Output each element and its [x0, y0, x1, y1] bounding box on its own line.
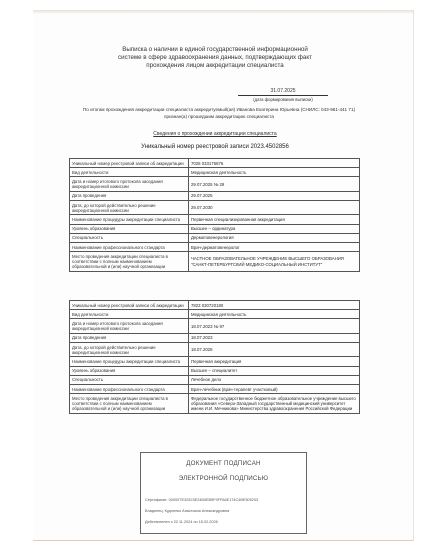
table-row: Дата, до которой действительно решение а… [70, 201, 360, 215]
row-value: Лечебное дело [189, 375, 360, 384]
table-row: Наименование профессионального стандарта… [70, 243, 360, 252]
row-key: Вид деятельности [70, 168, 189, 177]
table-row: Дата, до которой действительно решение а… [70, 343, 360, 357]
accreditation-table-1: Уникальный номер реестровой записи об ак… [69, 158, 360, 272]
intro-line-2: признан(а) прошедшим аккредитацию специа… [60, 114, 378, 121]
stamp-heading-1: ДОКУМЕНТ ПОДПИСАН [141, 460, 306, 467]
formation-date-block: 31.07.2025 (дата формирования выписки) [238, 88, 328, 102]
row-value: 29.07.2030 [189, 201, 360, 215]
row-value: 7823 030720180 [189, 301, 360, 310]
intro-text: По итогам прохождения аккредитации специ… [60, 107, 378, 120]
row-key: Дата и номер итогового протокола заседан… [70, 177, 189, 191]
table-row: Уникальный номер реестровой записи об ак… [70, 159, 360, 168]
table-row: СпециальностьЛечебное дело [70, 375, 360, 384]
row-key: Уровень образования [70, 366, 189, 375]
row-key: Место проведения аккредитации специалист… [70, 394, 189, 414]
row-value: Высшее – ординатура [189, 224, 360, 233]
table-row: Дата проведения29.07.2025 [70, 191, 360, 200]
table-row: Наименование профессионального стандарта… [70, 385, 360, 394]
row-value: 29.07.2025 № 29 [189, 177, 360, 191]
row-key: Специальность [70, 375, 189, 384]
title-line-1: Выписка о наличии в единой государственн… [0, 46, 430, 54]
unique-record-number: Уникальный номер реестровой записи 2023.… [0, 144, 430, 150]
table-row: Уникальный номер реестровой записи об ак… [70, 301, 360, 310]
row-value: 29.07.2025 [189, 191, 360, 200]
row-value: Медицинская деятельность [189, 310, 360, 319]
row-key: Место проведения аккредитации специалист… [70, 252, 189, 272]
row-key: Наименование процедуры аккредитации спец… [70, 357, 189, 366]
title-line-3: прохождения лицом аккредитации специалис… [0, 62, 430, 70]
table-row: Вид деятельностиМедицинская деятельность [70, 310, 360, 319]
table-row: Уровень образованияВысшее – ординатура [70, 224, 360, 233]
intro-line-1: По итогам прохождения аккредитации специ… [60, 107, 378, 114]
row-key: Дата и номер итогового протокола заседан… [70, 319, 189, 333]
row-key: Наименование профессионального стандарта [70, 243, 189, 252]
row-key: Дата, до которой действительно решение а… [70, 343, 189, 357]
row-key: Дата, до которой действительно решение а… [70, 201, 189, 215]
table-row: Дата и номер итогового протокола заседан… [70, 319, 360, 333]
table-row: Место проведения аккредитации специалист… [70, 252, 360, 272]
document-title: Выписка о наличии в единой государственн… [0, 46, 430, 70]
row-value: Дерматовенерология [189, 233, 360, 242]
section-title: Сведения о прохождении аккредитации спец… [0, 131, 430, 137]
certificate-owner: Владелец: Кудленко Анастасия Александров… [145, 509, 229, 513]
table-row: Дата и номер итогового протокола заседан… [70, 177, 360, 191]
certificate-validity: Действителен с 22.11.2024 по 15.02.2026 [145, 520, 218, 524]
table-row: Наименование процедуры аккредитации спец… [70, 357, 360, 366]
table-row: Дата проведения18.07.2023 [70, 333, 360, 342]
row-value: Федеральное государственное бюджетное об… [189, 394, 360, 414]
stamp-heading-2: ЭЛЕКТРОННОЙ ПОДПИСЬЮ [141, 475, 306, 482]
accreditation-table-2: Уникальный номер реестровой записи об ак… [69, 300, 360, 414]
row-key: Вид деятельности [70, 310, 189, 319]
row-value: Врач-лечебник (врач-терапевт участковый) [189, 385, 360, 394]
row-value: 7025 033175876 [189, 159, 360, 168]
title-line-2: системе в сфере здравоохранения данных, … [0, 54, 430, 62]
row-key: Уникальный номер реестровой записи об ак… [70, 301, 189, 310]
row-key: Наименование профессионального стандарта [70, 385, 189, 394]
section-title-text: Сведения о прохождении аккредитации спец… [153, 131, 276, 137]
row-value: Первичная специализированная аккредитаци… [189, 215, 360, 224]
electronic-signature-stamp: ДОКУМЕНТ ПОДПИСАН ЭЛЕКТРОННОЙ ПОДПИСЬЮ С… [140, 452, 307, 534]
row-key: Дата проведения [70, 191, 189, 200]
row-key: Уникальный номер реестровой записи об ак… [70, 159, 189, 168]
formation-date-caption: (дата формирования выписки) [238, 97, 328, 102]
row-value: Высшее – специалитет [189, 366, 360, 375]
scan-edge [33, 10, 413, 14]
row-value: 18.07.2023 [189, 333, 360, 342]
row-value: Медицинская деятельность [189, 168, 360, 177]
row-key: Наименование процедуры аккредитации спец… [70, 215, 189, 224]
row-value: Врач-дерматовенеролог [189, 243, 360, 252]
row-key: Дата проведения [70, 333, 189, 342]
row-value: ЧАСТНОЕ ОБРАЗОВАТЕЛЬНОЕ УЧРЕЖДЕНИЕ ВЫСШЕ… [189, 252, 360, 272]
row-key: Уровень образования [70, 224, 189, 233]
formation-date: 31.07.2025 [238, 88, 328, 96]
table-row: Вид деятельностиМедицинская деятельность [70, 168, 360, 177]
row-value: 18.07.2028 [189, 343, 360, 357]
row-value: 18.07.2023 № 97 [189, 319, 360, 333]
table-row: Уровень образованияВысшее – специалитет [70, 366, 360, 375]
table-row: СпециальностьДерматовенерология [70, 233, 360, 242]
table-row: Наименование процедуры аккредитации спец… [70, 215, 360, 224]
row-value: Первичная аккредитация [189, 357, 360, 366]
table-row: Место проведения аккредитации специалист… [70, 394, 360, 414]
certificate-number: Сертификат: 00000TE32523E24B0EB5F9FFA6E1… [145, 498, 258, 502]
row-key: Специальность [70, 233, 189, 242]
